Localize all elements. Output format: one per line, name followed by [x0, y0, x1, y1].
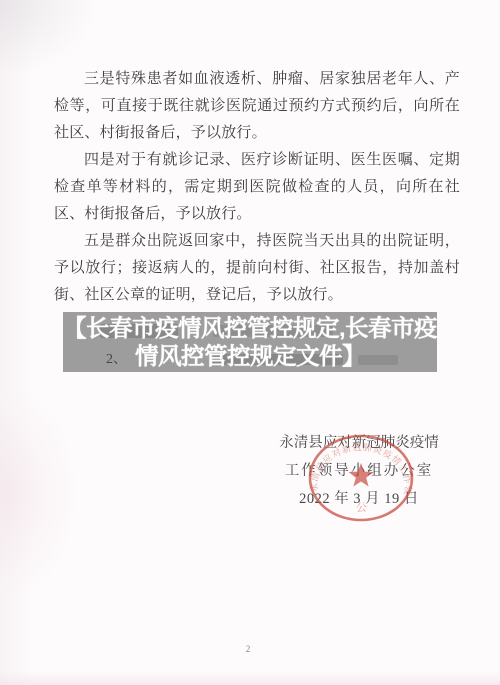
overlay-title-line1: 【长春市疫情风控管控规定,长春市疫	[63, 314, 437, 342]
issue-date: 2022 年 3 月 19 日	[276, 485, 442, 513]
title-overlay-banner: 2、 【长春市疫情风控管控规定,长春市疫 情风控管控规定文件】	[63, 312, 437, 372]
page-number: 2	[238, 644, 258, 654]
obscured-list-number: 2、	[106, 348, 127, 368]
document-paragraph: 三是特殊患者如血液透析、肿瘤、居家独居老年人、产检等，可直接于既往就诊医院通过预…	[54, 66, 460, 147]
issuing-org-line1: 永清县应对新冠肺炎疫情	[276, 429, 442, 457]
overlay-title-line2: 情风控管控规定文件】	[135, 342, 365, 370]
issuing-org-line2: 工作领导小组办公室	[276, 457, 442, 485]
signature-block: 永清县应对新冠肺炎疫情 工作领导小组办公室 2022 年 3 月 19 日	[276, 429, 442, 513]
document-paragraph: 五是群众出院返回家中，持医院当天出具的出院证明，予以放行；接返病人的，提前向村街…	[54, 228, 460, 309]
document-page: 三是特殊患者如血液透析、肿瘤、居家独居老年人、产检等，可直接于既往就诊医院通过预…	[0, 0, 500, 685]
document-paragraph: 四是对于有就诊记录、医疗诊断证明、医生医嘱、定期检查单等材料的，需定期到医院做检…	[54, 147, 460, 228]
document-body-text: 三是特殊患者如血液透析、肿瘤、居家独居老年人、产检等，可直接于既往就诊医院通过预…	[54, 66, 460, 309]
